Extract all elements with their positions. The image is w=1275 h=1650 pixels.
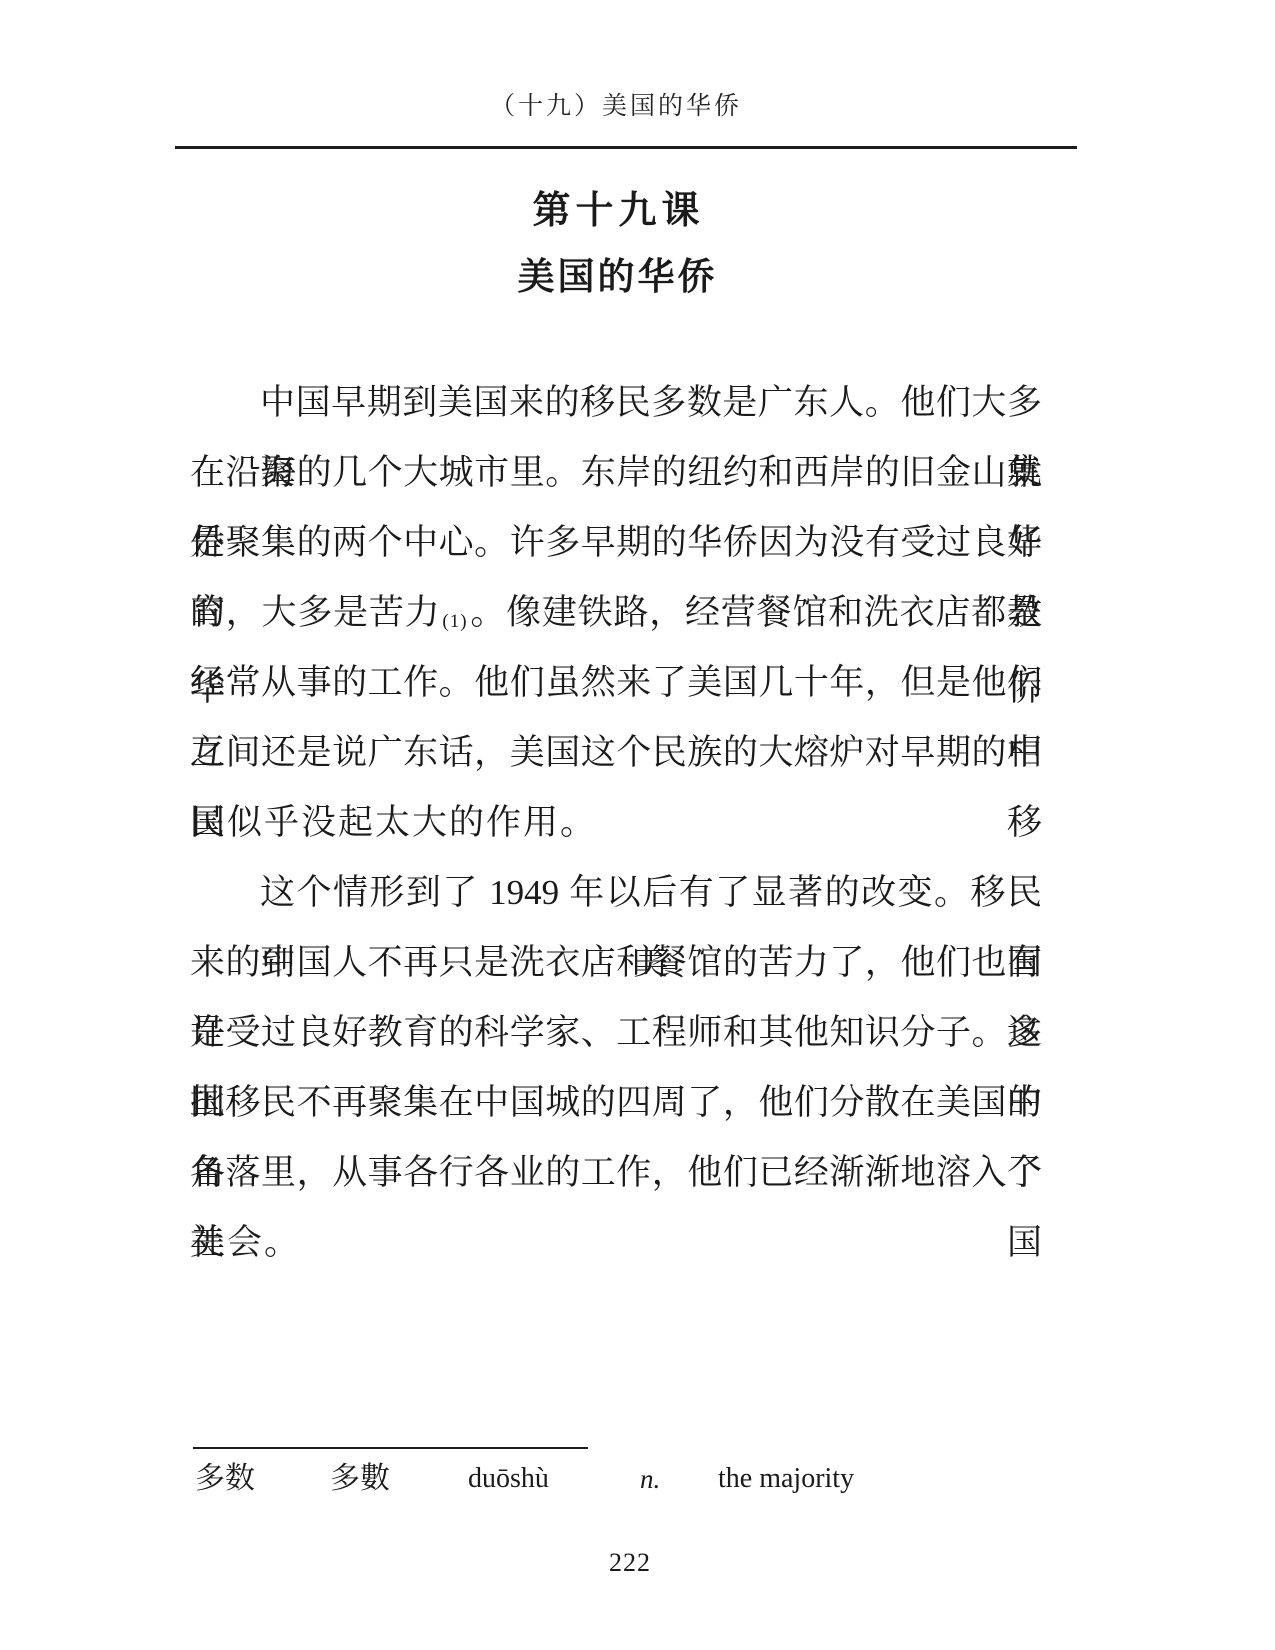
paragraph1-line4-text: 育，大多是苦力 <box>190 593 440 632</box>
paragraph1-line4: 育，大多是苦力(1)。像建铁路，经营餐馆和洗衣店都是华侨 <box>190 578 1042 648</box>
body-text: 中国早期到美国来的移民多数是广东人。他们大多聚集 在沿海的几个大城市里。东岸的纽… <box>190 368 1042 1278</box>
paragraph1-line6: 之间还是说广东话，美国这个民族的大熔炉对早期的中国移 <box>190 718 1042 788</box>
lesson-title-heading: 美国的华侨 <box>190 246 1042 300</box>
vocab-traditional: 多數 <box>330 1452 390 1506</box>
paragraph1-line3: 侨聚集的两个中心。许多早期的华侨因为没有受过良好的教 <box>190 508 1042 578</box>
paragraph1-line2: 在沿海的几个大城市里。东岸的纽约和西岸的旧金山就是华 <box>190 438 1042 508</box>
vocabulary-entry: 多数 多數 duōshù n. the majority <box>195 1452 1095 1506</box>
vocab-part-of-speech: n. <box>640 1452 660 1506</box>
paragraph2-line3: 是受过良好教育的科学家、工程师和其他知识分子。这批中 <box>190 998 1042 1068</box>
paragraph2-line1: 这个情形到了 1949 年以后有了显著的改变。移民到美国 <box>190 858 1042 928</box>
paragraph1-line1: 中国早期到美国来的移民多数是广东人。他们大多聚集 <box>190 368 1042 438</box>
page-number: 222 <box>190 1548 1070 1578</box>
vocab-pinyin: duōshù <box>468 1452 549 1506</box>
textbook-page: （十九）美国的华侨 第十九课 美国的华侨 中国早期到美国来的移民多数是广东人。他… <box>0 0 1275 1650</box>
vocab-simplified: 多数 <box>195 1452 255 1506</box>
footnote-marker: (1) <box>440 611 469 632</box>
header-rule <box>175 146 1077 149</box>
running-header: （十九）美国的华侨 <box>190 86 1042 122</box>
paragraph2-line5: 角落里，从事各行各业的工作，他们已经渐渐地溶入了美国 <box>190 1138 1042 1208</box>
vocabulary-rule <box>193 1447 588 1449</box>
vocab-definition: the majority <box>718 1452 854 1506</box>
paragraph2-line4: 国移民不再聚集在中国城的四周了，他们分散在美国的各个 <box>190 1068 1042 1138</box>
lesson-number-heading: 第十九课 <box>190 179 1042 234</box>
paragraph2-line2: 来的中国人不再只是洗衣店和餐馆的苦力了，他们也有许多 <box>190 928 1042 998</box>
paragraph1-line5: 经常从事的工作。他们虽然来了美国几十年，但是他们互相 <box>190 648 1042 718</box>
